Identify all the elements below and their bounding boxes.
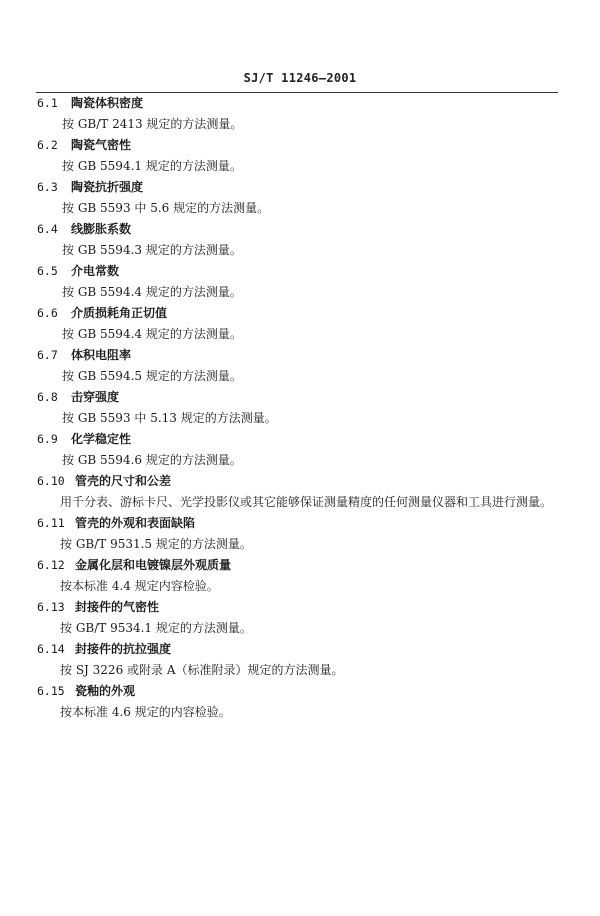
section-title: 管壳的外观和表面缺陷: [75, 516, 195, 530]
section-body: 按本标准 4.4 规定内容检验。: [60, 578, 219, 594]
section-heading: 6.9化学稳定性: [37, 431, 131, 447]
section-body: 按 GB 5594.3 规定的方法测量。: [62, 242, 242, 258]
section-number: 6.7: [37, 347, 71, 363]
section-title: 线膨胀系数: [71, 222, 131, 236]
section-heading: 6.1陶瓷体积密度: [37, 95, 143, 111]
section-heading: 6.12金属化层和电镀镍层外观质量: [37, 557, 231, 573]
section-body: 按 GB/T 2413 规定的方法测量。: [62, 116, 242, 132]
section-title: 化学稳定性: [71, 432, 131, 446]
section-number: 6.1: [37, 95, 71, 111]
section-body: 按 GB 5593 中 5.6 规定的方法测量。: [62, 200, 269, 216]
section-title: 击穿强度: [71, 390, 119, 404]
section-title: 陶瓷气密性: [71, 138, 131, 152]
section-number: 6.5: [37, 263, 71, 279]
section-heading: 6.5介电常数: [37, 263, 119, 279]
section-heading: 6.2陶瓷气密性: [37, 137, 131, 153]
section-heading: 6.4线膨胀系数: [37, 221, 131, 237]
section-body: 按 GB 5594.5 规定的方法测量。: [62, 368, 242, 384]
section-title: 封接件的气密性: [75, 600, 159, 614]
section-body: 用千分表、游标卡尺、光学投影仪或其它能够保证测量精度的任何测量仪器和工具进行测量…: [60, 494, 552, 510]
section-heading: 6.11管壳的外观和表面缺陷: [37, 515, 195, 531]
section-number: 6.11: [37, 515, 75, 531]
document-page: SJ/T 11246—2001 6.1陶瓷体积密度 按 GB/T 2413 规定…: [0, 0, 600, 916]
section-number: 6.6: [37, 305, 71, 321]
section-body: 按 GB 5594.6 规定的方法测量。: [62, 452, 242, 468]
header-rule: [36, 92, 558, 93]
section-number: 6.12: [37, 557, 75, 573]
section-heading: 6.7体积电阻率: [37, 347, 131, 363]
standard-number-header: SJ/T 11246—2001: [0, 71, 600, 85]
section-heading: 6.15瓷釉的外观: [37, 683, 135, 699]
section-heading: 6.3陶瓷抗折强度: [37, 179, 143, 195]
section-body: 按 GB 5594.1 规定的方法测量。: [62, 158, 242, 174]
section-title: 封接件的抗拉强度: [75, 642, 171, 656]
section-title: 管壳的尺寸和公差: [75, 474, 171, 488]
section-body: 按 GB 5594.4 规定的方法测量。: [62, 326, 242, 342]
section-number: 6.8: [37, 389, 71, 405]
section-body: 按 GB/T 9534.1 规定的方法测量。: [60, 620, 252, 636]
section-heading: 6.8击穿强度: [37, 389, 119, 405]
section-number: 6.15: [37, 683, 75, 699]
section-number: 6.4: [37, 221, 71, 237]
section-number: 6.3: [37, 179, 71, 195]
section-heading: 6.14封接件的抗拉强度: [37, 641, 171, 657]
section-body: 按 GB/T 9531.5 规定的方法测量。: [60, 536, 252, 552]
section-title: 介质损耗角正切值: [71, 306, 167, 320]
section-number: 6.14: [37, 641, 75, 657]
section-number: 6.13: [37, 599, 75, 615]
section-heading: 6.13封接件的气密性: [37, 599, 159, 615]
section-number: 6.9: [37, 431, 71, 447]
section-body: 按 SJ 3226 或附录 A（标准附录）规定的方法测量。: [60, 662, 344, 678]
section-title: 介电常数: [71, 264, 119, 278]
section-title: 体积电阻率: [71, 348, 131, 362]
section-body: 按本标准 4.6 规定的内容检验。: [60, 704, 231, 720]
section-title: 瓷釉的外观: [75, 684, 135, 698]
section-title: 陶瓷抗折强度: [71, 180, 143, 194]
section-title: 金属化层和电镀镍层外观质量: [75, 558, 231, 572]
section-number: 6.10: [37, 473, 75, 489]
section-body: 按 GB 5593 中 5.13 规定的方法测量。: [62, 410, 277, 426]
section-heading: 6.6介质损耗角正切值: [37, 305, 167, 321]
section-title: 陶瓷体积密度: [71, 96, 143, 110]
section-body: 按 GB 5594.4 规定的方法测量。: [62, 284, 242, 300]
section-heading: 6.10管壳的尺寸和公差: [37, 473, 171, 489]
section-number: 6.2: [37, 137, 71, 153]
